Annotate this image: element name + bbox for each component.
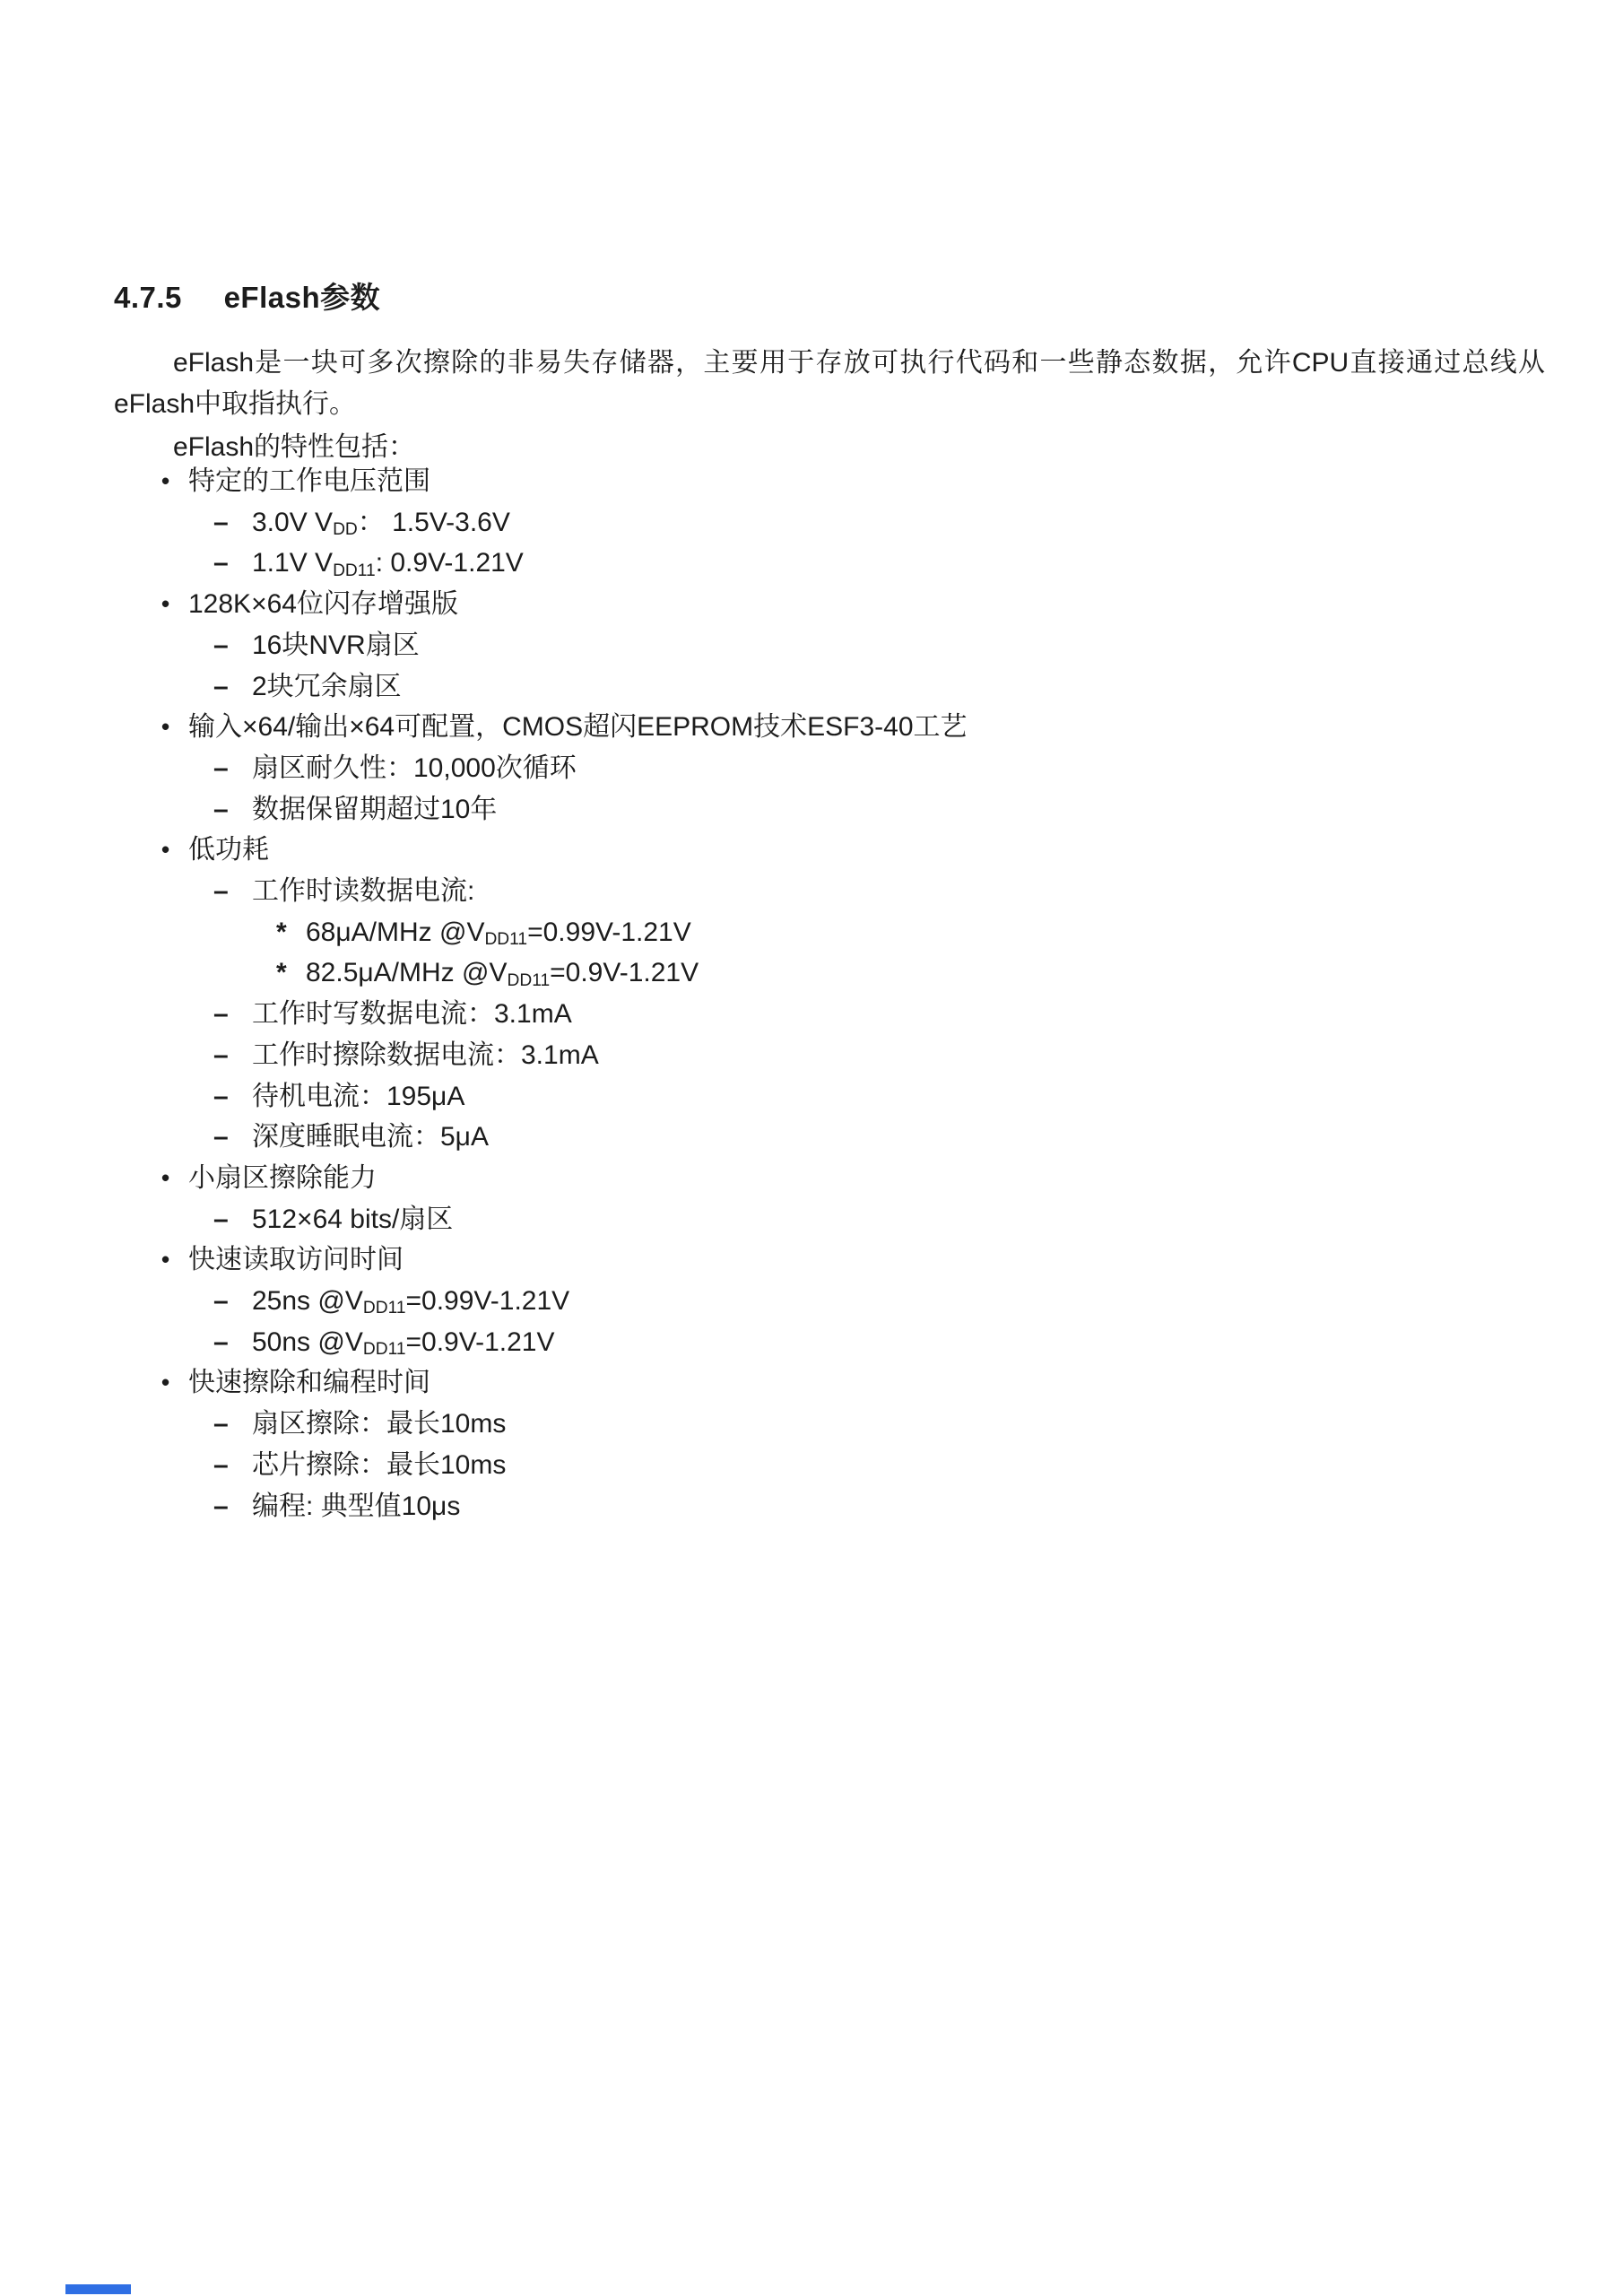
intro-paragraph: eFlash是一块可多次擦除的非易失存储器，主要用于存放可执行代码和一些静态数据…	[114, 343, 1545, 425]
feature-item-text: 工作时擦除数据电流：3.1mA	[252, 1040, 599, 1070]
feature-item: –25ns @VDD11=0.99V-1.21V	[0, 1281, 1623, 1322]
feature-item-text: 特定的工作电压范围	[188, 466, 430, 496]
feature-item-text: 25ns @VDD11=0.99V-1.21V	[252, 1286, 569, 1316]
feature-item: –深度睡眠电流：5μA	[0, 1117, 1623, 1158]
dash-icon: –	[213, 1445, 229, 1486]
dash-icon: –	[213, 748, 229, 789]
feature-item-text: 芯片擦除：最长10ms	[252, 1450, 506, 1480]
feature-item-text: 512×64 bits/扇区	[252, 1205, 453, 1234]
feature-item: –工作时擦除数据电流：3.1mA	[0, 1035, 1623, 1076]
feature-item-text: 输入×64/输出×64可配置，CMOS超闪EEPROM技术ESF3-40工艺	[188, 712, 968, 742]
feature-item-text: 128K×64位闪存增强版	[188, 589, 458, 619]
feature-item: –16块NVR扇区	[0, 625, 1623, 666]
bullet-icon: •	[161, 461, 169, 502]
feature-item: •小扇区擦除能力	[0, 1158, 1623, 1199]
feature-item-text: 16块NVR扇区	[252, 631, 420, 660]
feature-item: •特定的工作电压范围	[0, 461, 1623, 502]
feature-item-text: 3.0V VDD： 1.5V-3.6V	[252, 508, 510, 537]
feature-item-text: 82.5μA/MHz @VDD11=0.9V-1.21V	[306, 958, 699, 987]
bullet-icon: •	[161, 584, 169, 625]
dash-icon: –	[213, 502, 229, 544]
feature-item-text: 2块冗余扇区	[252, 672, 402, 701]
feature-item-text: 1.1V VDD11: 0.9V-1.21V	[252, 548, 524, 578]
feature-item: –3.0V VDD： 1.5V-3.6V	[0, 502, 1623, 544]
feature-item: •输入×64/输出×64可配置，CMOS超闪EEPROM技术ESF3-40工艺	[0, 707, 1623, 748]
dash-icon: –	[213, 625, 229, 666]
feature-item: –数据保留期超过10年	[0, 789, 1623, 831]
feature-item-text: 工作时写数据电流：3.1mA	[252, 999, 572, 1029]
feature-item: –工作时读数据电流:	[0, 871, 1623, 912]
feature-item: –1.1V VDD11: 0.9V-1.21V	[0, 543, 1623, 584]
dash-icon: –	[213, 1322, 229, 1363]
dash-icon: –	[213, 1281, 229, 1322]
feature-item-text: 扇区耐久性：10,000次循环	[252, 753, 577, 783]
bullet-icon: •	[161, 1239, 169, 1281]
feature-item-text: 低功耗	[188, 835, 269, 865]
asterisk-icon: *	[276, 952, 287, 994]
feature-item: •128K×64位闪存增强版	[0, 584, 1623, 625]
feature-item-text: 小扇区擦除能力	[188, 1163, 377, 1193]
dash-icon: –	[213, 543, 229, 584]
dash-icon: –	[213, 871, 229, 912]
feature-item-text: 待机电流：195μA	[252, 1082, 464, 1111]
section-title: eFlash参数	[224, 281, 381, 314]
feature-item-text: 编程: 典型值10μs	[252, 1492, 460, 1521]
feature-item: –待机电流：195μA	[0, 1076, 1623, 1118]
dash-icon: –	[213, 1117, 229, 1158]
feature-item: –扇区耐久性：10,000次循环	[0, 748, 1623, 789]
feature-item-text: 工作时读数据电流:	[252, 876, 474, 906]
feature-item: –2块冗余扇区	[0, 666, 1623, 708]
bullet-icon: •	[161, 707, 169, 748]
feature-item: •快速擦除和编程时间	[0, 1362, 1623, 1404]
feature-item: *68μA/MHz @VDD11=0.99V-1.21V	[0, 912, 1623, 953]
feature-item: –512×64 bits/扇区	[0, 1199, 1623, 1240]
dash-icon: –	[213, 1199, 229, 1240]
section-number: 4.7.5	[114, 281, 182, 314]
feature-item: –工作时写数据电流：3.1mA	[0, 994, 1623, 1035]
dash-icon: –	[213, 1076, 229, 1118]
feature-item: •低功耗	[0, 830, 1623, 871]
feature-item-text: 快速读取访问时间	[188, 1245, 404, 1274]
feature-item-text: 快速擦除和编程时间	[188, 1368, 430, 1397]
feature-item-text: 数据保留期超过10年	[252, 795, 497, 824]
feature-item: –编程: 典型值10μs	[0, 1486, 1623, 1527]
bullet-icon: •	[161, 830, 169, 871]
feature-item: –芯片擦除：最长10ms	[0, 1445, 1623, 1486]
section-heading: 4.7.5 eFlash参数	[114, 274, 380, 317]
feature-item-text: 深度睡眠电流：5μA	[252, 1122, 489, 1152]
dash-icon: –	[213, 1486, 229, 1527]
feature-item-text: 50ns @VDD11=0.9V-1.21V	[252, 1327, 554, 1357]
page-bottom-accent-bar	[65, 2284, 131, 2294]
dash-icon: –	[213, 666, 229, 708]
bullet-icon: •	[161, 1158, 169, 1199]
feature-item: *82.5μA/MHz @VDD11=0.9V-1.21V	[0, 952, 1623, 994]
asterisk-icon: *	[276, 912, 287, 953]
features-list: •特定的工作电压范围–3.0V VDD： 1.5V-3.6V–1.1V VDD1…	[0, 461, 1623, 1526]
dash-icon: –	[213, 1404, 229, 1445]
feature-item: –50ns @VDD11=0.9V-1.21V	[0, 1322, 1623, 1363]
feature-item: –扇区擦除：最长10ms	[0, 1404, 1623, 1445]
feature-item-text: 68μA/MHz @VDD11=0.99V-1.21V	[306, 918, 691, 947]
document-page: 4.7.5 eFlash参数 eFlash是一块可多次擦除的非易失存储器，主要用…	[0, 0, 1623, 2296]
dash-icon: –	[213, 789, 229, 831]
feature-item: •快速读取访问时间	[0, 1239, 1623, 1281]
feature-item-text: 扇区擦除：最长10ms	[252, 1409, 506, 1439]
dash-icon: –	[213, 1035, 229, 1076]
bullet-icon: •	[161, 1362, 169, 1404]
dash-icon: –	[213, 994, 229, 1035]
